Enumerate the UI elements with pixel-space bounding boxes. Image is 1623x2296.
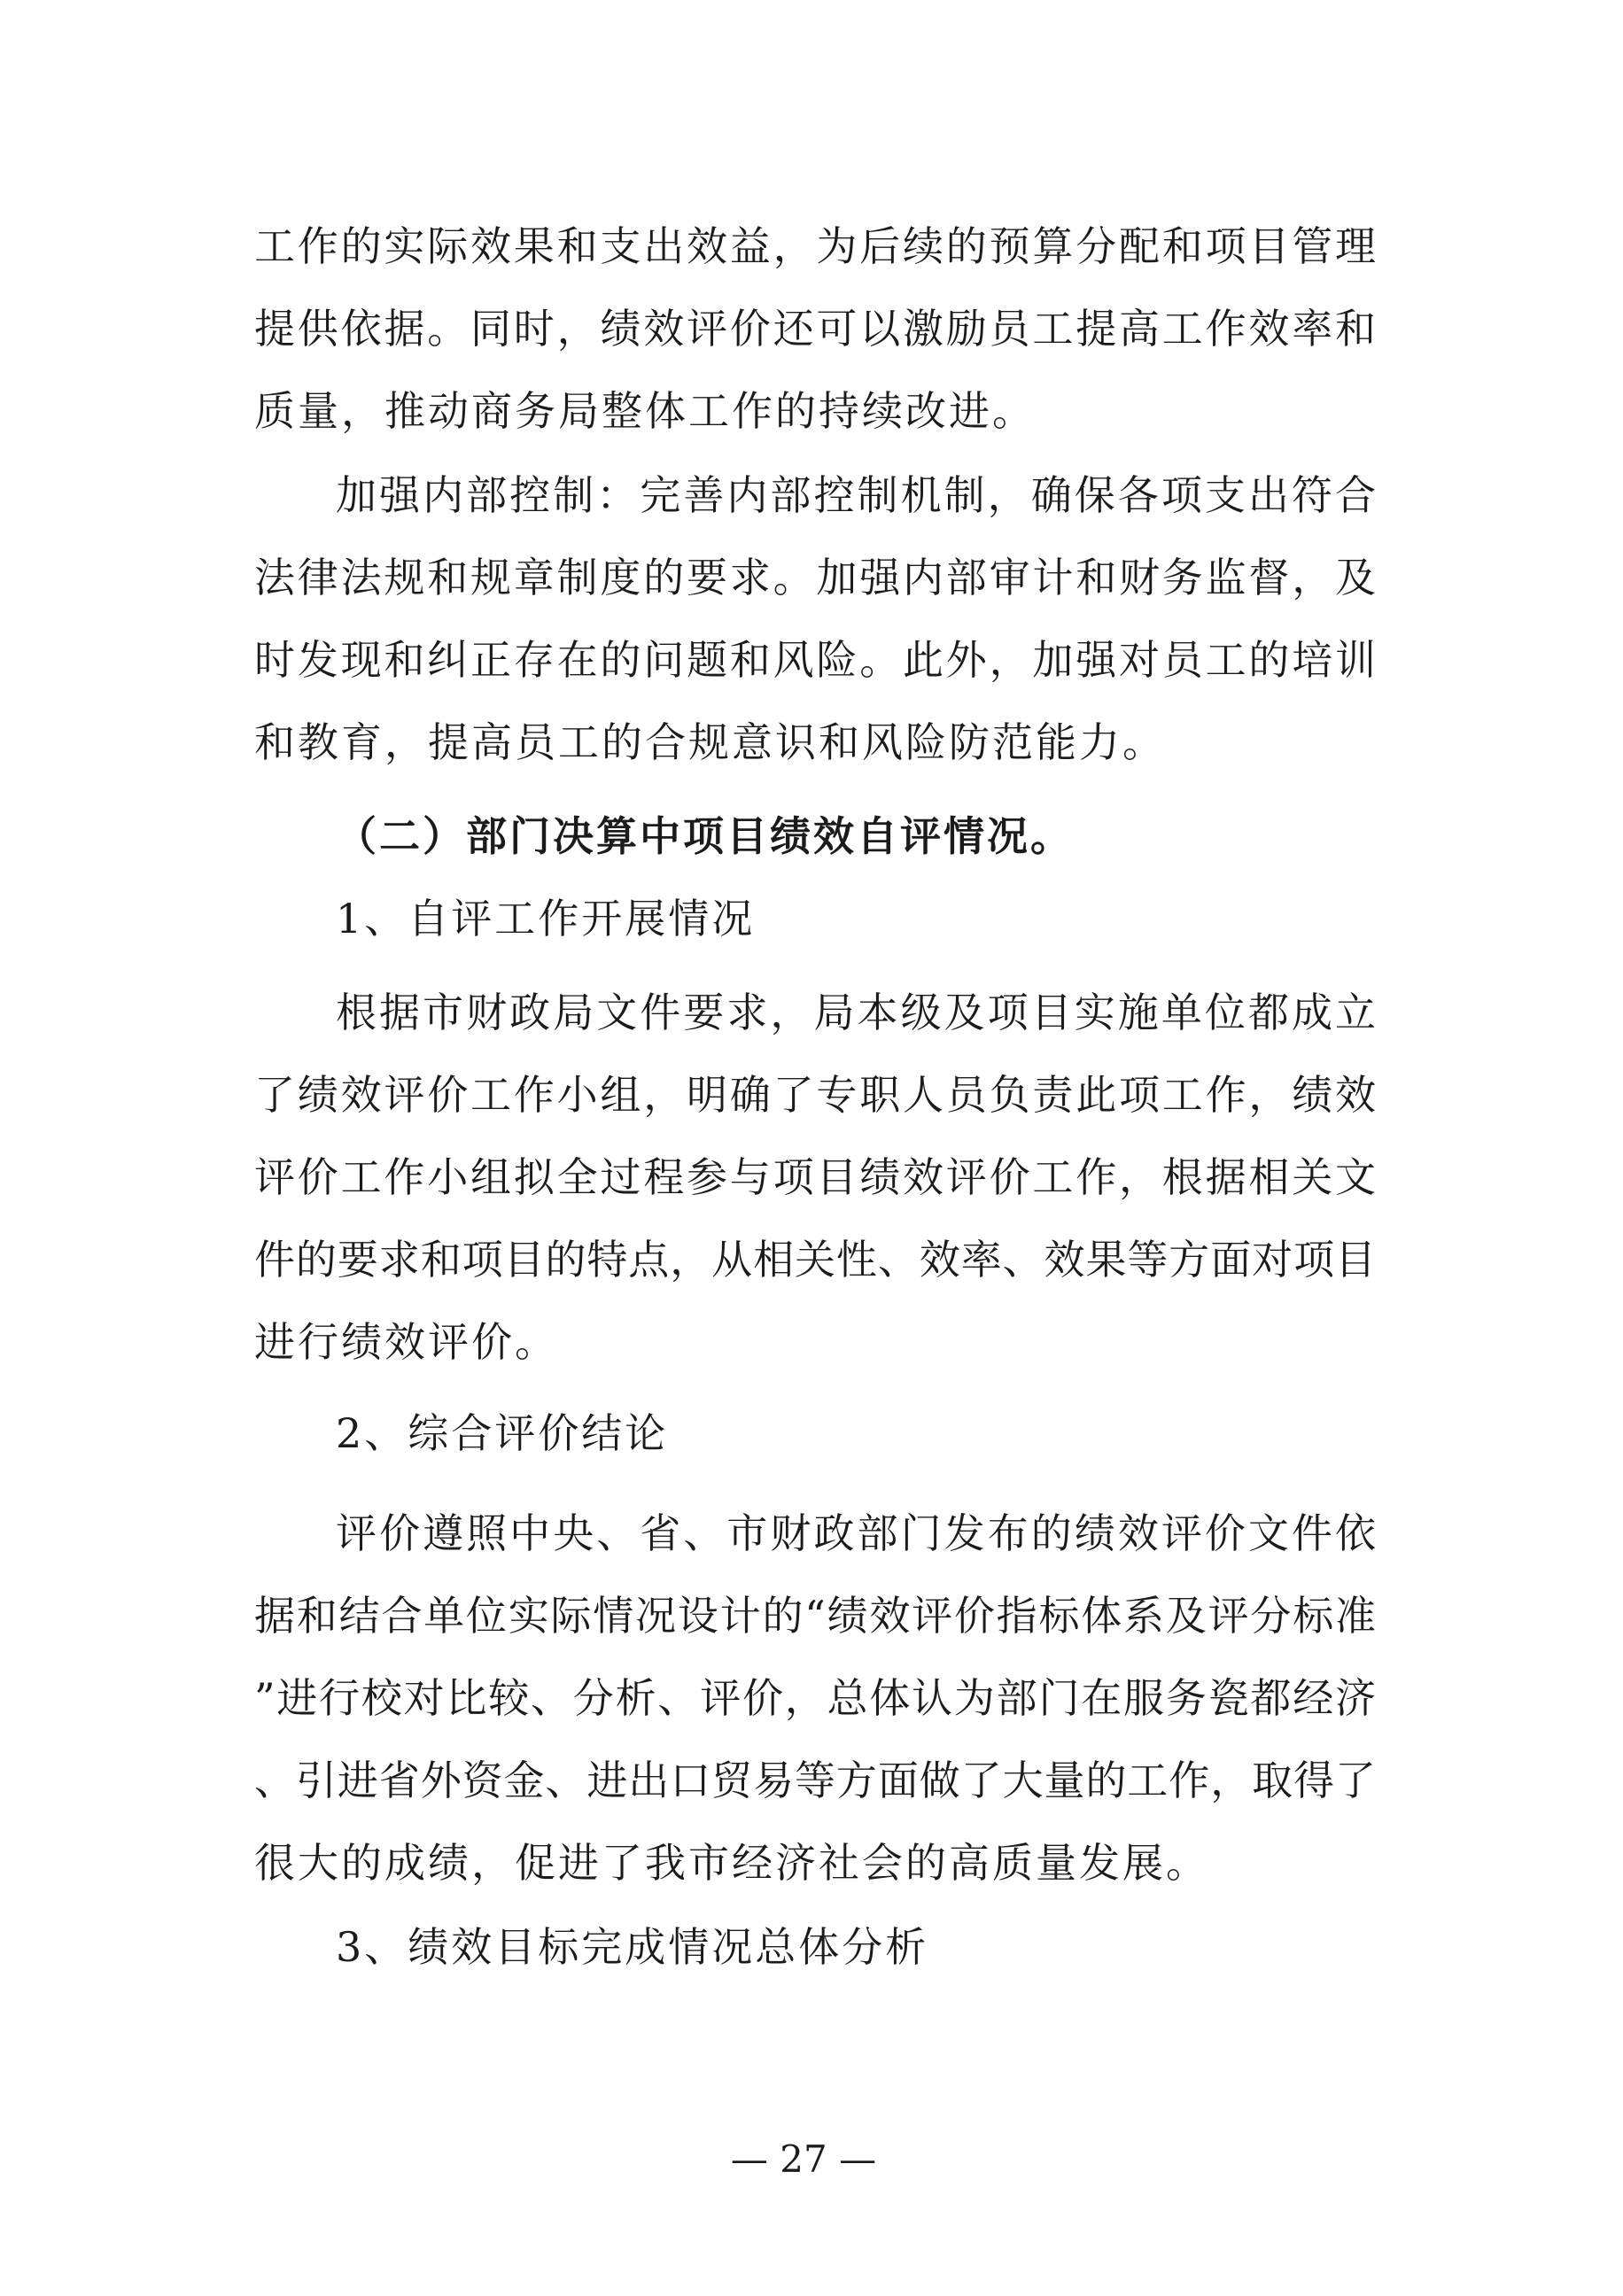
paragraph-self-evaluation-work: 根据市财政局文件要求，局本级及项目实施单位都成立 了绩效评价工作小组，明确了专职… — [254, 972, 1376, 1384]
heading-line: （二）部门决算中项目绩效自评情况。 — [254, 795, 1376, 878]
subheading-1: 1、自评工作开展情况 — [254, 878, 1376, 960]
text-line: 评价遵照中央、省、市财政部门发布的绩效评价文件依 — [254, 1493, 1376, 1575]
text-line: 法律法规和规章制度的要求。加强内部审计和财务监督，及 — [254, 537, 1376, 619]
text-line: 据和结合单位实际情况设计的“绩效评价指标体系及评分标准 — [254, 1575, 1376, 1657]
paragraph-evaluation-benefit: 工作的实际效果和支出效益，为后续的预算分配和项目管理 提供依据。同时，绩效评价还… — [254, 206, 1376, 453]
text-line: 加强内部控制：完善内部控制机制，确保各项支出符合 — [254, 454, 1376, 537]
text-line: 、引进省外资金、进出口贸易等方面做了大量的工作，取得了 — [254, 1740, 1376, 1822]
text-line: 了绩效评价工作小组，明确了专职人员负责此项工作，绩效 — [254, 1054, 1376, 1136]
paragraph-evaluation-conclusion: 评价遵照中央、省、市财政部门发布的绩效评价文件依 据和结合单位实际情况设计的“绩… — [254, 1493, 1376, 1904]
paragraph-internal-control: 加强内部控制：完善内部控制机制，确保各项支出符合 法律法规和规章制度的要求。加强… — [254, 454, 1376, 784]
text-line: 提供依据。同时，绩效评价还可以激励员工提高工作效率和 — [254, 288, 1376, 370]
text-line: 质量，推动商务局整体工作的持续改进。 — [254, 370, 1376, 453]
page-number: — 27 — — [254, 2133, 1353, 2186]
text-line: 时发现和纠正存在的问题和风险。此外，加强对员工的培训 — [254, 619, 1376, 702]
document-body: 工作的实际效果和支出效益，为后续的预算分配和项目管理 提供依据。同时，绩效评价还… — [254, 206, 1376, 1989]
subheading-line: 3、绩效目标完成情况总体分析 — [254, 1906, 1376, 1989]
text-line: 根据市财政局文件要求，局本级及项目实施单位都成立 — [254, 972, 1376, 1054]
text-line: 工作的实际效果和支出效益，为后续的预算分配和项目管理 — [254, 206, 1376, 288]
section-heading-2: （二）部门决算中项目绩效自评情况。 — [254, 795, 1376, 878]
text-line: 件的要求和项目的特点，从相关性、效率、效果等方面对项目 — [254, 1219, 1376, 1301]
text-line: 很大的成绩，促进了我市经济社会的高质量发展。 — [254, 1822, 1376, 1904]
text-line: 进行绩效评价。 — [254, 1301, 1376, 1384]
subheading-line: 2、综合评价结论 — [254, 1392, 1376, 1475]
text-line: ”进行校对比较、分析、评价，总体认为部门在服务瓷都经济 — [254, 1657, 1376, 1740]
subheading-2: 2、综合评价结论 — [254, 1392, 1376, 1475]
document-page: 工作的实际效果和支出效益，为后续的预算分配和项目管理 提供依据。同时，绩效评价还… — [0, 0, 1623, 2296]
subheading-line: 1、自评工作开展情况 — [254, 878, 1376, 960]
text-line: 和教育，提高员工的合规意识和风险防范能力。 — [254, 702, 1376, 784]
text-line: 评价工作小组拟全过程参与项目绩效评价工作，根据相关文 — [254, 1136, 1376, 1219]
subheading-3: 3、绩效目标完成情况总体分析 — [254, 1906, 1376, 1989]
